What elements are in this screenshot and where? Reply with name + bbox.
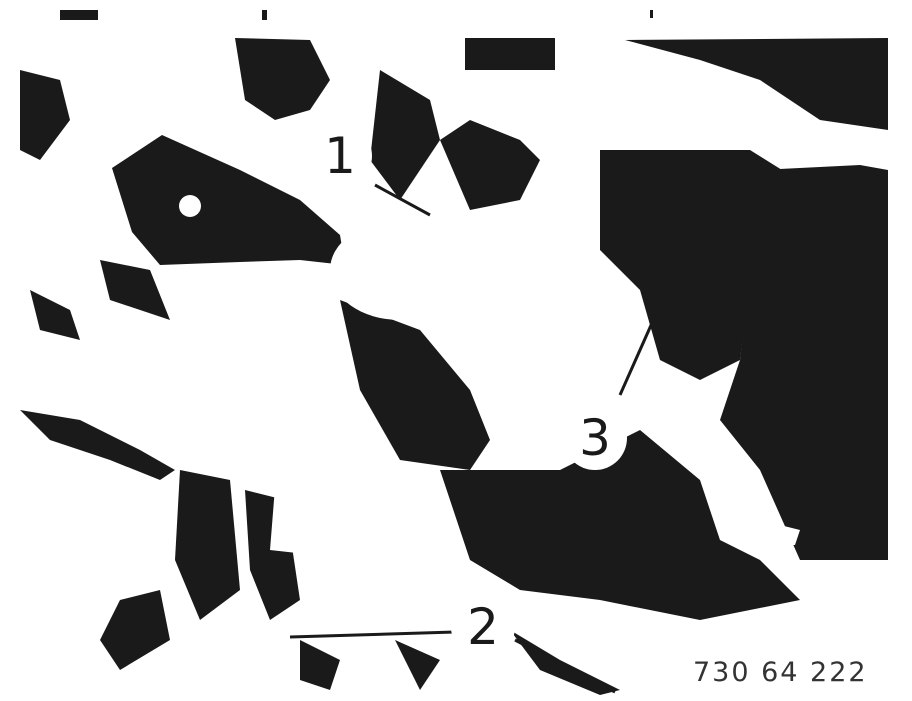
callout-3: 3 (563, 406, 627, 470)
figure-reference-number: 730 64 222 (693, 657, 868, 688)
callout-2: 2 (451, 595, 515, 659)
technical-photo (0, 0, 912, 701)
callout-1: 1 (308, 124, 372, 188)
